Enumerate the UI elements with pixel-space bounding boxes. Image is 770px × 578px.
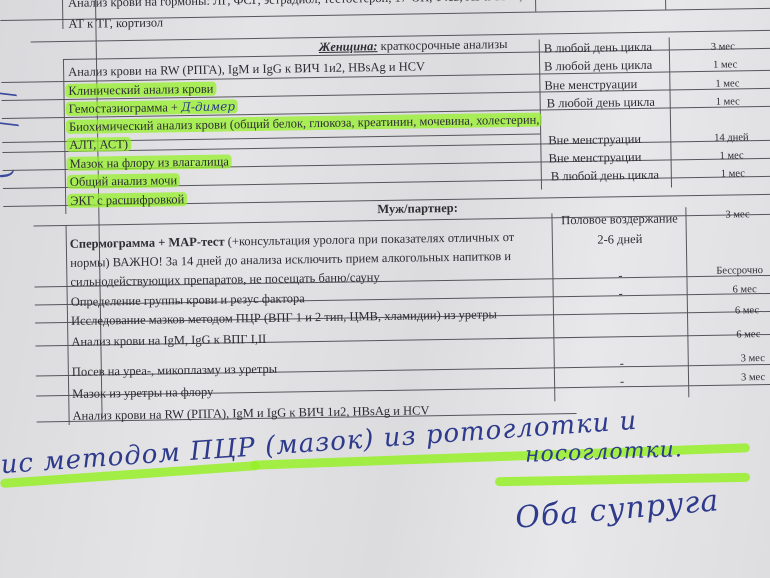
men-analysis-1-line1: Спермограмма + MAP-тест (+консультация у…: [70, 230, 515, 251]
column-divider: [665, 0, 666, 10]
women-analysis-5: Мазок на флору из влагалища: [69, 154, 231, 171]
spermogram-note: (+консультация уролога при показателях о…: [224, 230, 514, 249]
women-condition-2: В любой день цикла: [544, 58, 652, 74]
women-heading-rest: краткосрочные анализы: [377, 37, 507, 53]
women-validity-4: 1 мес: [716, 95, 740, 109]
highlighted-text: Мазок на флору из влагалища: [66, 154, 231, 171]
women-condition-4: В любой день цикла: [547, 95, 655, 111]
women-heading-label: Женщина:: [319, 39, 378, 54]
men-analysis-1-line3: сильнодействующих препаратов, не посещат…: [70, 270, 379, 289]
men-analysis-5: Посев на уреа-, микоплазму из уретры: [72, 362, 277, 379]
women-analysis-2: Клинический анализ крови: [68, 82, 216, 98]
highlighted-text: АЛТ, АСТ): [66, 137, 131, 152]
men-analysis-6: Мазок из уретры на флору: [72, 385, 213, 401]
men-condition-1-line1: Половое воздержание: [555, 211, 683, 227]
men-condition-6: -: [558, 355, 686, 371]
handwritten-addition: Д-димер: [181, 99, 235, 114]
women-validity-7: 1 мес: [721, 167, 745, 181]
women-condition-5: Вне менструации: [548, 132, 641, 147]
men-validity-3: 6 мес: [733, 283, 757, 297]
hormones-analysis-line1: Анализ крови на гормоны: ЛГ, ФСГ, эстрад…: [68, 0, 523, 10]
men-section-heading: Муж/партнер:: [377, 201, 458, 216]
women-condition-3: Вне менструации: [544, 77, 637, 92]
column-divider: [685, 207, 689, 397]
men-analysis-4: Анализ крови на IgM, IgG к ВПГ I,II: [71, 332, 266, 349]
women-validity-3: 1 мес: [715, 77, 739, 91]
men-analysis-3: Исследование мазков методом ПЦР (ВПГ 1 и…: [71, 307, 497, 328]
highlighted-text: Клинический анализ крови: [65, 82, 216, 98]
women-validity-1: 3 мес: [711, 40, 735, 54]
men-validity-2: Бессрочно: [716, 264, 763, 279]
men-condition-7: -: [558, 373, 686, 389]
highlighted-text: Гемостазиограмма + Д-димер: [66, 99, 238, 116]
men-analysis-2: Определение группы крови и резус фактора: [71, 291, 305, 309]
men-validity-4: 6 мес: [735, 304, 759, 318]
spermogram-title: Спермограмма + MAP-тест: [70, 235, 225, 251]
column-divider: [669, 37, 672, 187]
men-validity-6: 3 мес: [741, 352, 765, 366]
women-condition-6: Вне менструации: [548, 150, 641, 165]
men-condition-1-line2: 2-6 дней: [556, 231, 684, 247]
men-analysis-1-line2: нормы) ВАЖНО! За 14 дней до анализа искл…: [70, 249, 511, 270]
column-divider: [535, 0, 536, 12]
table-border: [62, 0, 63, 29]
men-condition-2: -: [556, 267, 684, 283]
men-analysis-7: Анализ крови на RW (РПГА), IgM и IgG к В…: [72, 403, 429, 423]
column-divider: [551, 213, 555, 401]
women-analysis-3: Гемостазиограмма + Д-димер: [69, 99, 238, 116]
table-left-border: [95, 0, 103, 418]
highlighted-text: ЭКГ с расшифровкой: [67, 192, 187, 208]
men-validity-7: 3 мес: [741, 371, 765, 385]
men-validity-5: 6 мес: [736, 328, 760, 342]
highlighted-text: Общий анализ мочи: [67, 173, 180, 189]
women-analysis-4-line2: АЛТ, АСТ): [69, 137, 131, 152]
women-condition-7: В любой день цикла: [551, 168, 659, 184]
women-section-heading: Женщина: краткосрочные анализы: [319, 37, 508, 54]
women-validity-6: 1 мес: [719, 149, 743, 163]
women-analysis-7: ЭКГ с расшифровкой: [70, 192, 187, 208]
women-analysis-6: Общий анализ мочи: [70, 173, 180, 189]
women-condition-1: В любой день цикла: [544, 40, 652, 56]
hormones-analysis-line2: АТ к ТГ, кортизол: [68, 15, 163, 30]
men-condition-3: -: [557, 285, 685, 301]
column-divider: [63, 59, 66, 214]
men-validity-1: 3 мес: [725, 208, 749, 222]
women-validity-2: 1 мес: [713, 58, 737, 72]
women-validity-5: 14 дней: [714, 131, 749, 146]
